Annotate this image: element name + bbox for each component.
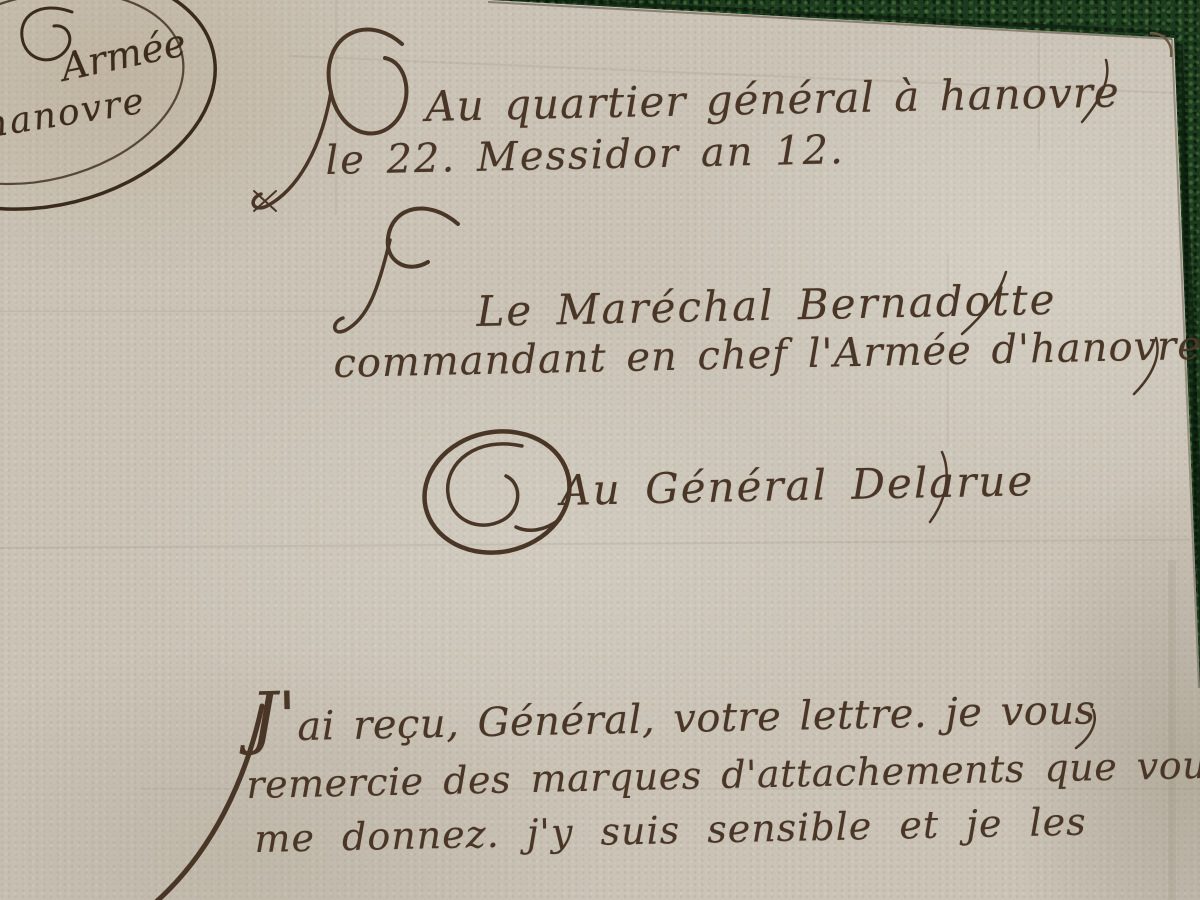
recipient-line: Au Général Delarue [560,460,1035,512]
heading-date-line: le 22. Messidor an 12. [325,130,845,181]
sender-name-line: Le Maréchal Bernadotte [476,279,1057,333]
paper-crease [0,310,520,312]
paper-crease [0,539,1190,549]
paper-crease [1168,560,1176,900]
photograph-of-letter: Armée hanovre Au quartier général à hano… [0,0,1200,900]
